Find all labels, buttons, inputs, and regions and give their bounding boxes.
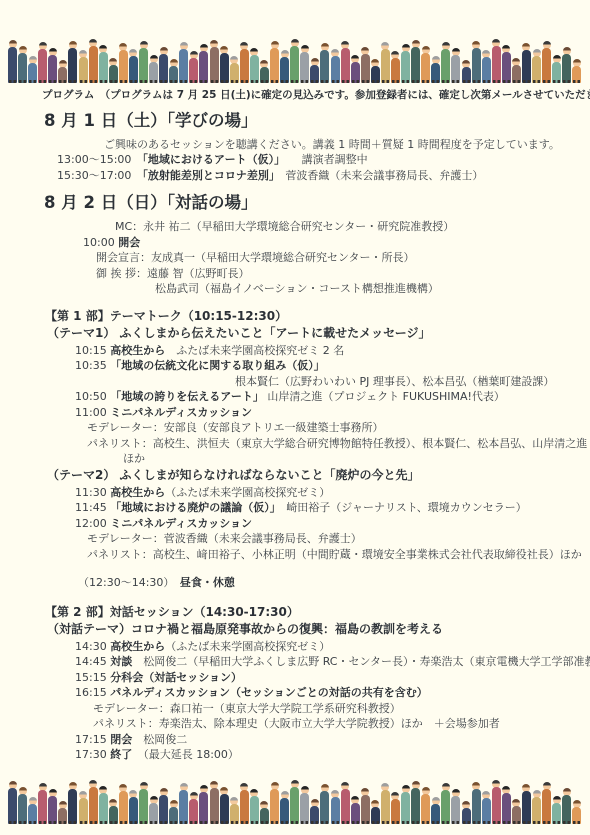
person-body bbox=[391, 58, 400, 83]
person-body bbox=[129, 56, 138, 83]
part2-moderator: モデレーター：森口祐一（東京大学大学院工学系研究科教授） bbox=[42, 701, 584, 717]
person-body bbox=[149, 803, 158, 824]
text-segment: （ふたば未来学園高校探究ゼミ） bbox=[165, 640, 330, 653]
person-body bbox=[451, 796, 460, 824]
session-1035: 10:35 「地域の伝統文化に関する取り組み（仮）」 bbox=[42, 358, 584, 374]
session-1130: 11:30 高校生から（ふたば未来学園高校探究ゼミ） bbox=[42, 485, 584, 501]
person-body bbox=[28, 63, 37, 83]
person-body bbox=[492, 787, 501, 824]
text-segment: 17:30 bbox=[75, 748, 110, 761]
person-body bbox=[512, 806, 521, 824]
person-body bbox=[451, 55, 460, 83]
crowd-person bbox=[129, 49, 138, 86]
person-body bbox=[472, 789, 481, 824]
crowd-person bbox=[149, 796, 158, 827]
text-segment: 御 挨 拶：遠藤 智（広野町長） bbox=[96, 267, 250, 280]
crowd-person bbox=[502, 786, 511, 827]
person-body bbox=[48, 55, 57, 83]
crowd-person bbox=[431, 797, 440, 827]
crowd-person bbox=[179, 783, 188, 827]
person-body bbox=[482, 57, 491, 83]
person-body bbox=[240, 49, 249, 83]
person-body bbox=[542, 789, 551, 824]
session-1200: 12:00 ミニパネルディスカッション bbox=[42, 516, 584, 532]
crowd-person bbox=[68, 782, 77, 827]
crowd-person bbox=[159, 788, 168, 827]
crowd-person bbox=[391, 792, 400, 827]
person-body bbox=[220, 53, 229, 83]
text-segment: 10:50 bbox=[75, 390, 110, 403]
crowd-person bbox=[492, 780, 501, 827]
person-body bbox=[300, 793, 309, 824]
theme2-heading: （テーマ2） ふくしまが知らなければならないこと「廃炉の今と先」 bbox=[42, 467, 584, 484]
crowd-person bbox=[260, 801, 269, 827]
person-body bbox=[220, 794, 229, 824]
crowd-person bbox=[482, 50, 491, 86]
text-segment: 「地域の誇りを伝えるアート」 bbox=[110, 390, 264, 403]
session-1035-speakers: 根本賢仁（広野わいわい PJ 理事長）、松本昌弘（楢葉町建設課） bbox=[42, 374, 584, 390]
person-body bbox=[18, 53, 27, 83]
session-1715: 17:15 閉会 松岡俊二 bbox=[42, 732, 584, 748]
crowd-person bbox=[502, 45, 511, 86]
text-segment: モデレーター：安部良（安部良アトリエ一級建築士事務所） bbox=[87, 421, 384, 434]
person-body bbox=[38, 790, 47, 824]
text-segment: ご興味のあるセッションを聴講ください。講義 1 時間＋質疑 1 時間程度を予定し… bbox=[104, 138, 560, 151]
person-body bbox=[48, 796, 57, 824]
opening-declaration: 開会宣言：友成真一（早稲田大学環境総合研究センター・所長） bbox=[42, 250, 584, 266]
crowd-person bbox=[331, 49, 340, 86]
crowd-person bbox=[441, 783, 450, 827]
crowd-person bbox=[572, 800, 581, 827]
day2-heading: 8 月 2 日（日）「対話の場」 bbox=[42, 192, 584, 214]
crowd-person bbox=[189, 792, 198, 827]
person-body bbox=[89, 46, 98, 83]
text-segment: 11:00 bbox=[75, 406, 110, 419]
person-body bbox=[441, 49, 450, 83]
crowd-person bbox=[99, 786, 108, 827]
person-body bbox=[280, 798, 289, 824]
text-segment: パネリスト：高校生、洪恒夫（東京大学総合研究博物館特任教授）、根本賢仁、松本昌弘… bbox=[87, 437, 587, 450]
crowd-person bbox=[189, 51, 198, 86]
person-body bbox=[99, 52, 108, 83]
crowd-person bbox=[159, 47, 168, 86]
person-body bbox=[270, 789, 279, 824]
crowd-person bbox=[401, 44, 410, 86]
text-segment: 講演者調整中 bbox=[280, 153, 368, 166]
person-body bbox=[371, 66, 380, 83]
text-segment: 崎田裕子（ジャーナリスト、環境カウンセラー） bbox=[275, 501, 527, 514]
person-body bbox=[109, 806, 118, 824]
crowd-person bbox=[48, 48, 57, 86]
crowd-person bbox=[462, 60, 471, 86]
person-body bbox=[320, 50, 329, 83]
person-body bbox=[149, 62, 158, 83]
text-segment: 10:00 bbox=[83, 236, 118, 249]
crowd-person bbox=[300, 45, 309, 86]
text-segment: （対話テーマ）コロナ禍と福島原発事故からの復興：福島の教訓を考える bbox=[47, 622, 443, 636]
text-segment: パネルディスカッション（セッションごとの対話の共有を含む） bbox=[110, 686, 428, 699]
text-segment: 「地域におけるアート（仮）」 bbox=[142, 153, 279, 166]
text-segment: 山岸清之進（プロジェクト FUKUSHIMA!代表） bbox=[264, 390, 505, 403]
crowd-person bbox=[391, 51, 400, 86]
text-segment: パネリスト：高校生、﨑田裕子、小林正明（中間貯蔵・環境安全事業株式会社代表取締役… bbox=[87, 548, 582, 561]
crowd-person bbox=[361, 788, 370, 827]
person-body bbox=[492, 46, 501, 83]
text-segment: 14:30 bbox=[75, 640, 110, 653]
crowd-person bbox=[89, 39, 98, 86]
crowd-person bbox=[48, 789, 57, 827]
crowd-person bbox=[179, 42, 188, 86]
day1-note: ご興味のあるセッションを聴講ください。講義 1 時間＋質疑 1 時間程度を予定し… bbox=[42, 137, 584, 153]
text-segment: 開会 bbox=[118, 236, 140, 249]
person-body bbox=[119, 50, 128, 83]
person-body bbox=[502, 52, 511, 83]
person-body bbox=[290, 787, 299, 824]
text-segment: 17:15 bbox=[75, 733, 110, 746]
person-body bbox=[502, 793, 511, 824]
text-segment: （テーマ1） ふくしまから伝えたいこと「アートに載せたメッセージ」 bbox=[47, 326, 430, 340]
crowd-person bbox=[320, 784, 329, 827]
person-body bbox=[331, 797, 340, 824]
crowd-person bbox=[8, 781, 17, 827]
person-body bbox=[411, 788, 420, 824]
crowd-person bbox=[139, 782, 148, 827]
crowd-person bbox=[250, 789, 259, 827]
person-body bbox=[280, 57, 289, 83]
crowd-person bbox=[58, 60, 67, 86]
person-body bbox=[552, 62, 561, 83]
person-body bbox=[522, 50, 531, 83]
text-segment: 15:30～17:00 bbox=[57, 169, 142, 182]
crowd-person bbox=[341, 782, 350, 827]
person-body bbox=[199, 51, 208, 83]
person-body bbox=[189, 58, 198, 83]
person-body bbox=[512, 65, 521, 83]
person-body bbox=[79, 798, 88, 824]
text-segment: ほか bbox=[123, 452, 145, 465]
person-body bbox=[351, 803, 360, 824]
crowd-person bbox=[522, 784, 531, 827]
text-segment: 10:35 bbox=[75, 359, 110, 372]
text-segment: 8 月 2 日（日）「対話の場」 bbox=[44, 193, 257, 212]
session-1615: 16:15 パネルディスカッション（セッションごとの対話の共有を含む） bbox=[42, 685, 584, 701]
person-body bbox=[300, 52, 309, 83]
person-body bbox=[411, 47, 420, 83]
dialog-theme-heading: （対話テーマ）コロナ禍と福島原発事故からの復興：福島の教訓を考える bbox=[42, 621, 584, 638]
crowd-person bbox=[270, 782, 279, 827]
text-segment: （テーマ2） ふくしまが知らなければならないこと「廃炉の今と先」 bbox=[47, 468, 420, 482]
crowd-person bbox=[270, 41, 279, 86]
text-segment: 分科会（対話セッション） bbox=[110, 671, 242, 684]
crowd-person bbox=[119, 43, 128, 86]
person-body bbox=[290, 46, 299, 83]
crowd-person bbox=[401, 785, 410, 827]
person-body bbox=[341, 48, 350, 83]
part2-heading: 【第 2 部】対話セッション（14:30-17:30） bbox=[42, 604, 584, 621]
greeting: 御 挨 拶：遠藤 智（広野町長） bbox=[42, 266, 584, 282]
crowd-person bbox=[169, 800, 178, 827]
crowd-person bbox=[542, 782, 551, 827]
crowd-person bbox=[220, 46, 229, 86]
person-body bbox=[159, 54, 168, 83]
crowd-person bbox=[512, 799, 521, 827]
person-body bbox=[361, 54, 370, 83]
person-body bbox=[401, 792, 410, 824]
crowd-person bbox=[290, 39, 299, 86]
person-body bbox=[79, 57, 88, 83]
person-body bbox=[542, 48, 551, 83]
text-segment: （最大延長 18:00） bbox=[132, 748, 239, 761]
text-segment: 11:45 bbox=[75, 501, 110, 514]
text-segment: モデレーター：菅波香織（未来会議事務局長、弁護士） bbox=[87, 532, 362, 545]
crowd-person bbox=[280, 791, 289, 827]
crowd-person bbox=[451, 789, 460, 827]
crowd-person bbox=[210, 781, 219, 827]
person-body bbox=[129, 797, 138, 824]
person-body bbox=[240, 790, 249, 824]
text-segment: 10:15 bbox=[75, 344, 110, 357]
session-1015: 10:15 高校生から ふたば未来学園高校探究ゼミ 2 名 bbox=[42, 343, 584, 359]
crowd-person bbox=[522, 43, 531, 86]
crowd-person bbox=[381, 783, 390, 827]
person-body bbox=[38, 49, 47, 83]
person-body bbox=[179, 49, 188, 83]
person-body bbox=[139, 48, 148, 83]
program-note: プログラム （プログラムは 7 月 25 日(土)に確定の見込みです。参加登録者… bbox=[42, 88, 584, 104]
crowd-person bbox=[28, 797, 37, 827]
person-body bbox=[532, 797, 541, 824]
text-segment: 終了 bbox=[110, 748, 132, 761]
theme1-panelists: パネリスト：高校生、洪恒夫（東京大学総合研究博物館特任教授）、根本賢仁、松本昌弘… bbox=[42, 436, 584, 452]
text-segment: 「地域の伝統文化に関する取り組み（仮）」 bbox=[110, 359, 325, 372]
session-1100: 11:00 ミニパネルディスカッション bbox=[42, 405, 584, 421]
text-segment: ふたば未来学園高校探究ゼミ 2 名 bbox=[165, 344, 344, 357]
theme1-panelists-2: ほか bbox=[42, 451, 584, 467]
person-body bbox=[260, 67, 269, 83]
crowd-person bbox=[512, 58, 521, 86]
text-segment: モデレーター：森口祐一（東京大学大学院工学系研究科教授） bbox=[93, 702, 401, 715]
person-body bbox=[18, 794, 27, 824]
crowd-person bbox=[89, 780, 98, 827]
person-body bbox=[562, 54, 571, 83]
text-segment: 松岡俊二（早稲田大学ふくしま広野 RC・センター長）・寿楽浩太（東京電機大学工学… bbox=[132, 655, 590, 668]
text-segment: 13:00～15:00 bbox=[57, 153, 142, 166]
crowd-person bbox=[79, 791, 88, 827]
person-body bbox=[250, 796, 259, 824]
person-body bbox=[139, 789, 148, 824]
text-segment: （12:30～14:30） bbox=[78, 576, 180, 589]
crowd-person bbox=[210, 40, 219, 86]
text-segment: 昼食・休憩 bbox=[180, 576, 235, 589]
crowd-person bbox=[139, 41, 148, 86]
text-segment: パネリスト：寿楽浩太、除本理史（大阪市立大学大学院教授）ほか ＋会場参加者 bbox=[93, 717, 500, 730]
crowd-person bbox=[8, 40, 17, 86]
text-segment: 14:45 bbox=[75, 655, 110, 668]
session-1145: 11:45 「地域における廃炉の議論（仮）」 崎田裕子（ジャーナリスト、環境カウ… bbox=[42, 500, 584, 516]
crowd-person bbox=[18, 46, 27, 86]
crowd-person bbox=[300, 786, 309, 827]
crowd-person bbox=[109, 58, 118, 86]
crowd-person bbox=[431, 56, 440, 86]
person-body bbox=[58, 67, 67, 83]
person-body bbox=[310, 806, 319, 824]
person-body bbox=[310, 65, 319, 83]
text-segment: 11:30 bbox=[75, 486, 110, 499]
day1-heading: 8 月 1 日（土）「学びの場」 bbox=[42, 110, 584, 132]
session-1300: 13:00～15:00 「地域におけるアート（仮）」 講演者調整中 bbox=[42, 152, 584, 168]
part1-heading: 【第 1 部】テーマトーク（10:15-12:30） bbox=[42, 308, 584, 325]
crowd-person bbox=[260, 60, 269, 86]
person-body bbox=[421, 794, 430, 824]
crowd-person bbox=[38, 783, 47, 827]
text-segment: 高校生から bbox=[110, 640, 165, 653]
person-body bbox=[8, 788, 17, 824]
crowd-person bbox=[320, 43, 329, 86]
person-body bbox=[320, 791, 329, 824]
mc-line: MC：永井 祐二（早稲田大学環境総合研究センター・研究院准教授） bbox=[42, 219, 584, 235]
person-body bbox=[572, 66, 581, 83]
session-1000: 10:00 開会 bbox=[42, 235, 584, 251]
person-body bbox=[159, 795, 168, 824]
crowd-person bbox=[230, 56, 239, 86]
person-body bbox=[381, 49, 390, 83]
crowd-person bbox=[310, 58, 319, 86]
session-1050: 10:50 「地域の誇りを伝えるアート」 山岸清之進（プロジェクト FUKUSH… bbox=[42, 389, 584, 405]
session-1530: 15:30～17:00 「放射能差別とコロナ差別」 菅波香織（未来会議事務局長、… bbox=[42, 168, 584, 184]
crowd-person bbox=[240, 783, 249, 827]
session-1730: 17:30 終了 （最大延長 18:00） bbox=[42, 747, 584, 763]
crowd-person bbox=[220, 787, 229, 827]
person-body bbox=[351, 62, 360, 83]
text-segment: 15:15 bbox=[75, 671, 110, 684]
crowd-person bbox=[542, 41, 551, 86]
crowd-person bbox=[58, 801, 67, 827]
crowd-illustration-bottom bbox=[8, 770, 582, 827]
crowd-person bbox=[351, 796, 360, 827]
crowd-person bbox=[341, 41, 350, 86]
crowd-person bbox=[149, 55, 158, 86]
person-body bbox=[462, 67, 471, 83]
crowd-person bbox=[28, 56, 37, 86]
crowd-person bbox=[99, 45, 108, 86]
person-body bbox=[8, 47, 17, 83]
person-body bbox=[230, 63, 239, 83]
text-segment: 12:00 bbox=[75, 517, 110, 530]
theme2-panelists: パネリスト：高校生、﨑田裕子、小林正明（中間貯蔵・環境安全事業株式会社代表取締役… bbox=[42, 547, 584, 563]
crowd-person bbox=[351, 55, 360, 86]
person-body bbox=[169, 807, 178, 824]
person-body bbox=[270, 48, 279, 83]
person-body bbox=[58, 808, 67, 824]
crowd-person bbox=[552, 796, 561, 827]
text-segment: 根本賢仁（広野わいわい PJ 理事長）、松本昌弘（楢葉町建設課） bbox=[235, 375, 554, 388]
crowd-person bbox=[240, 42, 249, 86]
person-body bbox=[260, 808, 269, 824]
person-body bbox=[199, 792, 208, 824]
crowd-person bbox=[129, 790, 138, 827]
crowd-person bbox=[371, 59, 380, 86]
crowd-person bbox=[331, 790, 340, 827]
crowd-person bbox=[562, 47, 571, 86]
crowd-person bbox=[169, 59, 178, 86]
text-segment: ミニパネルディスカッション bbox=[110, 406, 252, 419]
text-segment: 松岡俊二 bbox=[132, 733, 187, 746]
crowd-person bbox=[552, 55, 561, 86]
person-body bbox=[371, 807, 380, 824]
text-segment: ミニパネルディスカッション bbox=[110, 517, 252, 530]
program-document-page: プログラム （プログラムは 7 月 25 日(土)に確定の見込みです。参加登録者… bbox=[0, 0, 590, 835]
crowd-person bbox=[411, 40, 420, 86]
crowd-person bbox=[290, 780, 299, 827]
crowd-person bbox=[381, 42, 390, 86]
text-segment: 対談 bbox=[110, 655, 132, 668]
person-body bbox=[361, 795, 370, 824]
person-body bbox=[331, 56, 340, 83]
person-body bbox=[532, 56, 541, 83]
person-body bbox=[250, 55, 259, 83]
lunch-break: （12:30～14:30） 昼食・休憩 bbox=[42, 575, 584, 591]
text-segment: プログラム （プログラムは 7 月 25 日(土)に確定の見込みです。参加登録者… bbox=[42, 89, 590, 101]
text-segment: 松島武司（福島イノベーション・コースト構想推進機構） bbox=[155, 282, 439, 295]
crowd-person bbox=[472, 782, 481, 827]
person-body bbox=[109, 65, 118, 83]
theme2-moderator: モデレーター：菅波香織（未来会議事務局長、弁護士） bbox=[42, 531, 584, 547]
text-segment: 【第 1 部】テーマトーク（10:15-12:30） bbox=[45, 309, 287, 323]
crowd-person bbox=[572, 59, 581, 86]
text-segment: 菅波香織（未来会議事務局長、弁護士） bbox=[274, 169, 483, 182]
crowd-person bbox=[199, 44, 208, 86]
person-body bbox=[421, 53, 430, 83]
crowd-person bbox=[38, 42, 47, 86]
session-1445: 14:45 対談 松岡俊二（早稲田大学ふくしま広野 RC・センター長）・寿楽浩太… bbox=[42, 654, 584, 670]
person-body bbox=[462, 808, 471, 824]
person-body bbox=[169, 66, 178, 83]
text-segment: 16:15 bbox=[75, 686, 110, 699]
crowd-person bbox=[421, 46, 430, 86]
crowd-person bbox=[562, 788, 571, 827]
program-content: プログラム （プログラムは 7 月 25 日(土)に確定の見込みです。参加登録者… bbox=[42, 88, 584, 763]
person-body bbox=[179, 790, 188, 824]
part2-panelists: パネリスト：寿楽浩太、除本理史（大阪市立大学大学院教授）ほか ＋会場参加者 bbox=[42, 716, 584, 732]
theme1-heading: （テーマ1） ふくしまから伝えたいこと「アートに載せたメッセージ」 bbox=[42, 325, 584, 342]
crowd-person bbox=[119, 784, 128, 827]
text-segment: 8 月 1 日（土）「学びの場」 bbox=[44, 111, 257, 130]
text-segment: 【第 2 部】対話セッション（14:30-17:30） bbox=[45, 605, 299, 619]
crowd-illustration-top bbox=[8, 38, 582, 86]
crowd-person bbox=[482, 791, 491, 827]
person-body bbox=[572, 807, 581, 824]
person-body bbox=[472, 48, 481, 83]
crowd-person bbox=[250, 48, 259, 86]
person-body bbox=[552, 803, 561, 824]
theme1-moderator: モデレーター：安部良（安部良アトリエ一級建築士事務所） bbox=[42, 420, 584, 436]
person-body bbox=[431, 804, 440, 824]
text-segment: 高校生から bbox=[110, 486, 165, 499]
crowd-person bbox=[310, 799, 319, 827]
crowd-person bbox=[441, 42, 450, 86]
crowd-person bbox=[280, 50, 289, 86]
crowd-person bbox=[361, 47, 370, 86]
person-body bbox=[89, 787, 98, 824]
person-body bbox=[68, 789, 77, 824]
person-body bbox=[68, 48, 77, 83]
person-body bbox=[381, 790, 390, 824]
person-body bbox=[482, 798, 491, 824]
text-segment: 開会宣言：友成真一（早稲田大学環境総合研究センター・所長） bbox=[96, 251, 415, 264]
person-body bbox=[210, 47, 219, 83]
crowd-person bbox=[199, 785, 208, 827]
session-1430: 14:30 高校生から（ふたば未来学園高校探究ゼミ） bbox=[42, 639, 584, 655]
